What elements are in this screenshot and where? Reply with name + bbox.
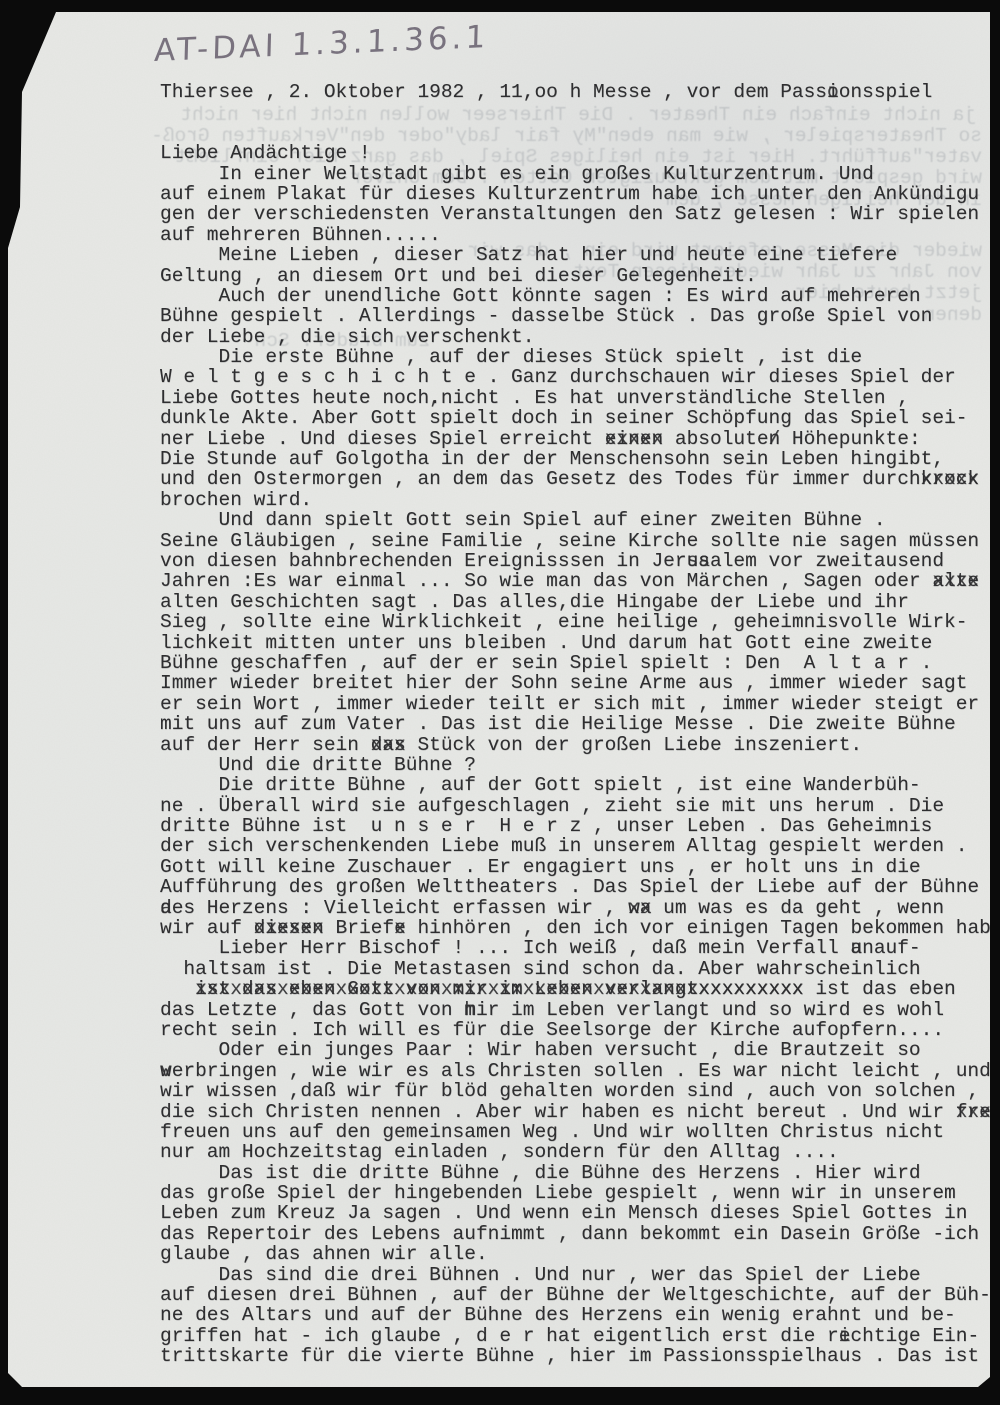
text-line: das Letzte , das Gott von mhir im Leben … (160, 1000, 990, 1020)
text-line: Die dritte Bühne , auf der Gott spielt ,… (160, 775, 990, 795)
scan-background: { "annotation": { "text": "AT-DAI 1.3.1.… (0, 0, 1000, 1405)
text-line: Bühne gespielt . Allerdings - dasselbe S… (160, 306, 990, 326)
text-line: auf der Herr sein dasxxx Stück von der g… (160, 735, 990, 755)
overtyped-text: ., (429, 388, 441, 408)
text-line: ne . Überall wird sie aufgeschlagen , zi… (160, 796, 990, 816)
text-line: der sich verschenkenden Liebe muß in uns… (160, 836, 990, 856)
text-line: ist das eben Gott von mir im Leben verla… (160, 979, 990, 999)
text-line: wverbringen , wie wir es als Christen so… (160, 1061, 990, 1081)
text-line: und den Ostermorgen , an dem das Gesetz … (160, 469, 990, 489)
text-line: ne des Altars und auf der Bühne des Herz… (160, 1305, 990, 1325)
text-line: gen der verschiedensten Veranstaltungen … (160, 204, 990, 224)
text-line: auf mehreren Bühnen..... (160, 225, 990, 245)
text-line: auf diesen drei Bühnen , auf der Bühne d… (160, 1285, 990, 1305)
text-line: Und dann spielt Gott sein Spiel auf eine… (160, 510, 990, 530)
text-line: wir auf diesenxxxxxx Briefex hinhören , … (160, 918, 990, 938)
text-line: der Liebe , die sich verschenkt. (160, 327, 990, 347)
struck-out-text: frexxx (956, 1102, 990, 1122)
text-line: Gott will keine Zuschauer . Er engagiert… (160, 857, 990, 877)
text-line: trittskarte für die vierte Bühne , hier … (160, 1346, 990, 1366)
text-line: Die erste Bühne , auf der dieses Stück s… (160, 347, 990, 367)
document-page: ja nicht einfach ein Theater . Die Thier… (8, 12, 990, 1387)
text-line: Die Stunde auf Golgotha in der der Mensc… (160, 449, 990, 469)
struck-out-text: diesenxxxxxx (254, 918, 324, 938)
text-line: mit uns auf zum Vater . Das ist die Heil… (160, 714, 990, 734)
overtyped-text: da (160, 898, 172, 918)
struck-out-text: altexxxx (932, 571, 979, 591)
struck-out-text: xxxxxxxxxxxxxxxxxx (698, 979, 803, 999)
text-line: Leben zum Kreuz Ja sagen . Und wenn ein … (160, 1203, 990, 1223)
text-line: freuen uns auf den gemeinsamen Weg . Und… (160, 1122, 990, 1142)
text-line: dritte Bühne ist u n s e r H e r z , uns… (160, 816, 990, 836)
text-line: Und die dritte Bühne ? (160, 755, 990, 775)
text-line: nur am Hochzeitstag einladen , sondern f… (160, 1142, 990, 1162)
overtyped-text: n/ (769, 429, 781, 449)
text-line: brochen wird. (160, 490, 990, 510)
text-line: Das sind die drei Bühnen . Und nur , wer… (160, 1265, 990, 1285)
text-line: recht sein . Ich will es für die Seelsor… (160, 1020, 990, 1040)
overtyped-text: io (827, 82, 839, 102)
overtyped-text: au (850, 938, 862, 958)
text-line: die sich Christen nennen . Aber wir habe… (160, 1102, 990, 1122)
text-line: Seine Gläubigen , seine Familie , seine … (160, 531, 990, 551)
text-line: Liebe Gottes heute noch.,nicht . Es hat … (160, 388, 990, 408)
text-line: alten Geschichten sagt . Das alles,die H… (160, 592, 990, 612)
text-line: Immer wieder breitet hier der Sohn seine… (160, 673, 990, 693)
struck-out-text: ex (394, 918, 406, 938)
text-line: daes Herzens : Vielleicht erfassen wir ,… (160, 898, 990, 918)
typewritten-text: Thiersee , 2. Oktober 1982 , 11,oo h Mes… (160, 82, 990, 1367)
text-line: ner Liebe . Und dieses Spiel erreicht ei… (160, 429, 990, 449)
struck-out-text: ist das eben Gott von mir im Leben verla… (195, 979, 698, 999)
text-line: lichkeit mitten unter uns bleiben . Und … (160, 633, 990, 653)
text-line: das große Spiel der hingebenden Liebe ge… (160, 1183, 990, 1203)
text-line: Thiersee , 2. Oktober 1982 , 11,oo h Mes… (160, 82, 990, 102)
text-line: von diesen bahnbrechenden Ereignisssen i… (160, 551, 990, 571)
text-line: Sieg , sollte eine Wirklichkeit , eine h… (160, 612, 990, 632)
text-line: griffen hat - ich glaube , d e r hat eig… (160, 1326, 990, 1346)
text-line: Jahren :Es war einmal ... So wie man das… (160, 571, 990, 591)
text-line: W e l t g e s c h i c h t e . Ganz durch… (160, 367, 990, 387)
overtyped-text: ussa (687, 551, 710, 571)
text-line: glaube , das ahnen wir alle. (160, 1244, 990, 1264)
text-line: Geltung , an diesem Ort und bei dieser G… (160, 266, 990, 286)
text-line: Oder ein junges Paar : Wir haben versuch… (160, 1040, 990, 1060)
struck-out-text: einenxxxxx (605, 429, 664, 449)
text-line: Bühne geschaffen , auf der er sein Spiel… (160, 653, 990, 673)
text-line: Das ist die dritte Bühne , die Bühne des… (160, 1163, 990, 1183)
text-line: er sein Wort , immer wieder teilt er sic… (160, 694, 990, 714)
text-line (160, 102, 990, 122)
text-line: Liebe Andächtige ! (160, 143, 990, 163)
overtyped-text: ei (839, 1326, 851, 1346)
overtyped-text: mh (464, 1000, 476, 1020)
text-line (160, 123, 990, 143)
text-line: Meine Lieben , dieser Satz hat hier und … (160, 245, 990, 265)
struck-out-text: waxx (628, 898, 651, 918)
text-line: auf einem Plakat für dieses Kulturzentru… (160, 184, 990, 204)
text-line: haltsam ist . Die Metastasen sind schon … (160, 959, 990, 979)
struck-out-text: dasxxx (371, 735, 406, 755)
text-line: das Repertoir des Lebens aufnimmt , dann… (160, 1224, 990, 1244)
text-line: In einer Weltstadt gibt es ein großes Ku… (160, 164, 990, 184)
struck-out-text: krockxxxxx (921, 469, 980, 489)
text-line: Aufführung des großen Welttheaters . Das… (160, 877, 990, 897)
text-line: dunkle Akte. Aber Gott spielt doch in se… (160, 408, 990, 428)
text-line: Lieber Herr Bischof ! ... Ich weiß , daß… (160, 938, 990, 958)
text-line: wir wissen ,daß wir für blöd gehalten wo… (160, 1081, 990, 1101)
text-line: Auch der unendliche Gott könnte sagen : … (160, 286, 990, 306)
overtyped-text: wv (160, 1061, 172, 1081)
